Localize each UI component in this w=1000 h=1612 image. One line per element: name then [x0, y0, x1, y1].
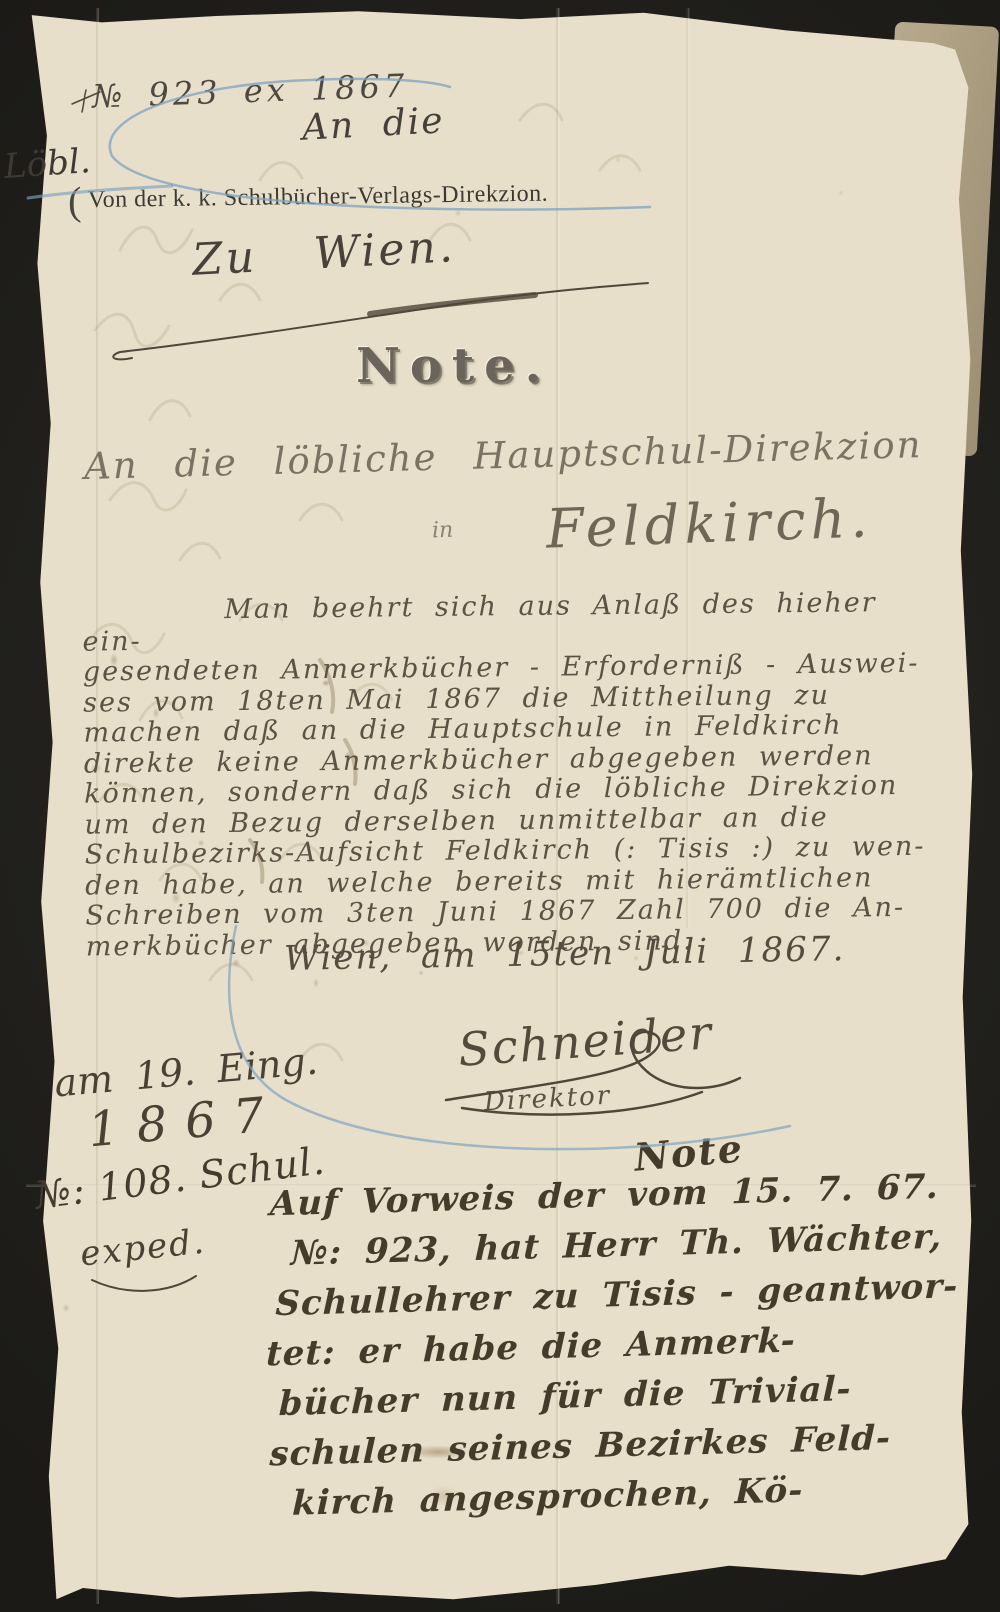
- response-annotation: Auf Vorweis der vom 15. 7. 67. №: 923, h…: [262, 1160, 991, 1529]
- printed-letterhead: ( Von der k. k. Schulbücher-Verlags-Dire…: [68, 171, 549, 225]
- photo-background: № 923 ex 1867 An die Löbl. ( Von der k. …: [0, 0, 1000, 1612]
- recipient-prefix: An die: [301, 100, 445, 148]
- letterhead-text: Von der k. k. Schulbücher-Verlags-Direkz…: [88, 181, 549, 213]
- paren-mark: (: [68, 178, 82, 223]
- letter-body: Man beehrt sich aus Anlaß des hieher ein…: [82, 587, 958, 962]
- note-title: Note.: [356, 338, 551, 394]
- body-line: Man beehrt sich aus Anlaß des hieher ein…: [82, 587, 955, 657]
- address-line-2: in: [432, 518, 454, 544]
- address-line-3: Feldkirch.: [545, 486, 873, 560]
- document-page: № 923 ex 1867 An die Löbl. ( Von der k. …: [26, 8, 976, 1604]
